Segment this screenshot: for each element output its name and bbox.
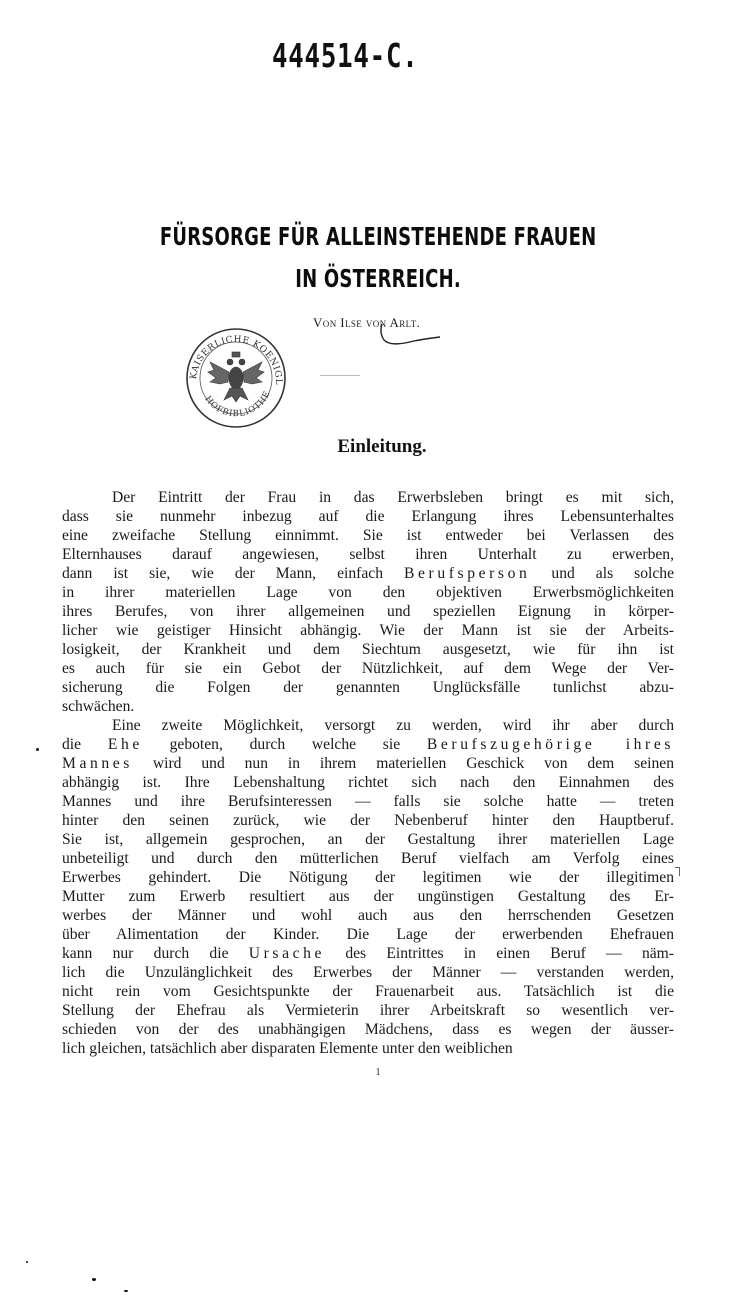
text-line: nicht rein vom Gesichtspunkte der Frauen… — [62, 982, 674, 1001]
text-line: lich gleichen, tatsächlich aber disparat… — [62, 1039, 674, 1058]
text-line: sicherung die Folgen der genannten Unglü… — [62, 678, 674, 697]
text-segment: und als solche — [530, 565, 674, 582]
emphasized-text: Berufszugehörige ihres — [427, 736, 674, 753]
margin-mark — [675, 867, 680, 876]
text-line: dass sie nunmehr inbezug auf die Erlangu… — [62, 507, 674, 526]
scan-speck — [36, 748, 39, 751]
text-line: kann nur durch die Ursache des Eintritte… — [62, 944, 674, 963]
scan-speck — [92, 1278, 96, 1281]
text-line: Der Eintritt der Frau in das Erwerbslebe… — [62, 488, 674, 507]
text-line: Elternhauses darauf angewiesen, selbst i… — [62, 545, 674, 564]
emphasized-text: Berufsperson — [404, 565, 530, 582]
text-segment: dann ist sie, wie der Mann, einfach — [62, 565, 404, 582]
title-line-2: IN ÖSTERREICH. — [0, 264, 756, 293]
body-text: Der Eintritt der Frau in das Erwerbslebe… — [62, 488, 674, 1058]
text-line: losigkeit, der Krankheit und dem Siechtu… — [62, 640, 674, 659]
text-line: über Alimentation der Kinder. Die Lage d… — [62, 925, 674, 944]
scan-speck — [26, 1261, 28, 1263]
text-line: werbes der Männer und wohl auch aus den … — [62, 906, 674, 925]
text-line: Stellung der Ehefrau als Vermieterin ihr… — [62, 1001, 674, 1020]
decorative-rule — [320, 375, 360, 376]
text-line: es auch für sie ein Gebot der Nützlichke… — [62, 659, 674, 678]
text-segment: kann nur durch die — [62, 945, 249, 962]
text-line: schwächen. — [62, 697, 674, 716]
title-line-1: FÜRSORGE FÜR ALLEINSTEHENDE FRAUEN — [0, 222, 756, 251]
text-line: eine zweifache Stellung einnimmt. Sie is… — [62, 526, 674, 545]
text-line: ihres Berufes, von ihrer allgemeinen und… — [62, 602, 674, 621]
scan-speck — [124, 1290, 128, 1292]
text-line: Mannes wird und nun in ihrem materiellen… — [62, 754, 674, 773]
text-line: Sie ist, allgemein gesprochen, an der Ge… — [62, 830, 674, 849]
text-segment: des Eintrittes in einen Beruf — näm- — [325, 945, 674, 962]
text-line: dann ist sie, wie der Mann, einfach Beru… — [62, 564, 674, 583]
text-line: unbeteiligt und durch den mütterlichen B… — [62, 849, 674, 868]
emphasized-text: Mannes — [62, 755, 133, 772]
section-heading: Einleitung. — [0, 436, 756, 458]
call-number: 444514-C. — [272, 36, 418, 75]
text-line: Erwerbes gehindert. Die Nötigung der leg… — [62, 868, 674, 887]
handwritten-mark-icon — [380, 322, 442, 352]
text-line: licher wie geistiger Hinsicht abhängig. … — [62, 621, 674, 640]
text-segment: wird und nun in ihrem materiellen Geschi… — [133, 755, 674, 772]
text-line: abhängig ist. Ihre Lebenshaltung richtet… — [62, 773, 674, 792]
emphasized-text: Ehe — [108, 736, 143, 753]
text-line: Mannes und ihre Berufsinteressen — falls… — [62, 792, 674, 811]
page-number: 1 — [0, 1066, 756, 1078]
text-line: die Ehe geboten, durch welche sie Berufs… — [62, 735, 674, 754]
text-segment: geboten, durch welche sie — [143, 736, 427, 753]
emphasized-text: Ursache — [249, 945, 325, 962]
text-line: Mutter zum Erwerb resultiert aus der ung… — [62, 887, 674, 906]
title-line-2-text: IN ÖSTERREICH. — [295, 264, 461, 293]
text-line: schieden von der des unabhängigen Mädche… — [62, 1020, 674, 1039]
text-segment: die — [62, 736, 108, 753]
title-line-1-text: FÜRSORGE FÜR ALLEINSTEHENDE FRAUEN — [160, 222, 597, 251]
library-stamp-icon: KAISERLICHE KOENIGLICHE HOFBIBLIOTHEK — [184, 326, 288, 430]
text-line: in ihrer materiellen Lage von den objekt… — [62, 583, 674, 602]
text-line: hinter den seinen zurück, wie der Nebenb… — [62, 811, 674, 830]
text-line: Eine zweite Möglichkeit, versorgt zu wer… — [62, 716, 674, 735]
text-line: lich die Unzulänglichkeit des Erwerbes d… — [62, 963, 674, 982]
